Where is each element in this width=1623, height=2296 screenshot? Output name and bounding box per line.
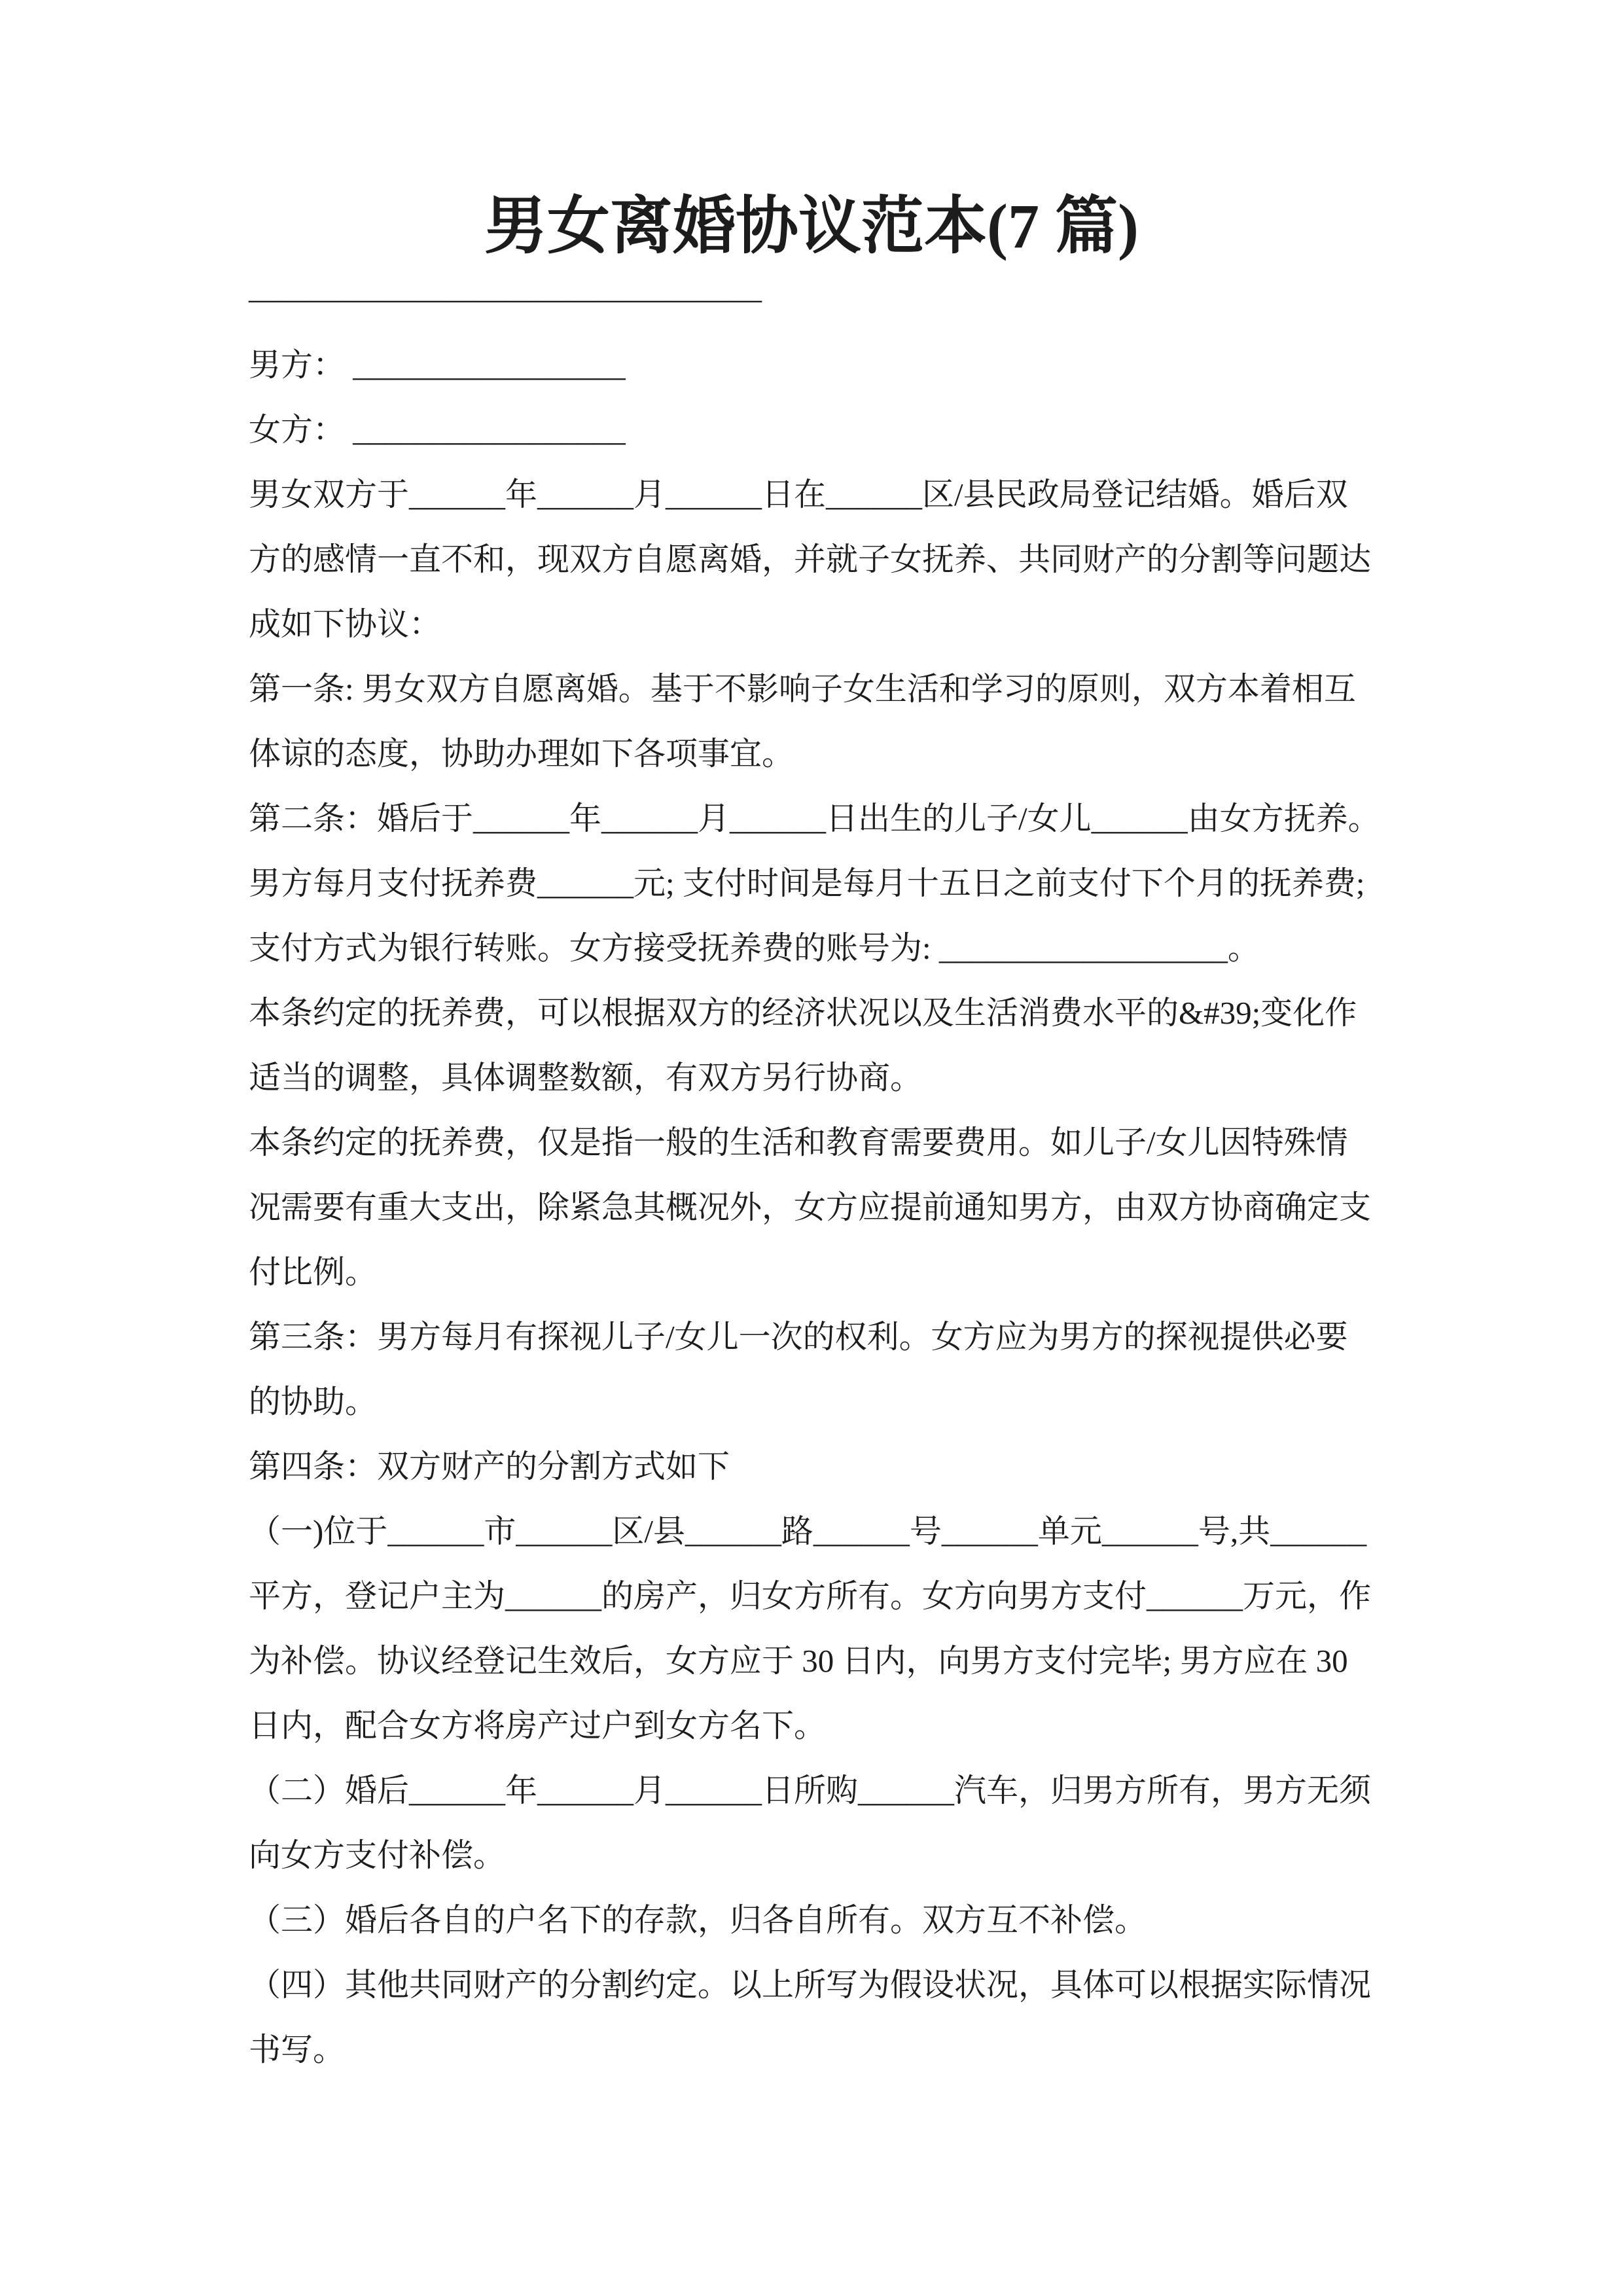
- text-line: 的协助。: [249, 1369, 1414, 1434]
- text-line: 付比例。: [249, 1240, 1414, 1304]
- divider-line: ————————————————: [249, 278, 762, 319]
- text-line: 成如下协议：: [249, 592, 1414, 656]
- text-line: 体谅的态度，协助办理如下各项事宜。: [249, 721, 1414, 786]
- text-line: 第二条：婚后于______年______月______日出生的儿子/女儿____…: [249, 786, 1414, 851]
- document-body: 男方： _________________女方： _______________…: [249, 332, 1414, 2082]
- text-line: 第四条：双方财产的分割方式如下: [249, 1434, 1414, 1499]
- text-line: 方的感情一直不和，现双方自愿离婚，并就子女抚养、共同财产的分割等问题达: [249, 527, 1414, 592]
- text-line: 男方每月支付抚养费______元; 支付时间是每月十五日之前支付下个月的抚养费;: [249, 851, 1414, 916]
- document-page: 男女离婚协议范本(7 篇) ———————————————— 男方： _____…: [0, 0, 1623, 2296]
- text-line: 本条约定的抚养费，仅是指一般的生活和教育需要费用。如儿子/女儿因特殊情: [249, 1110, 1414, 1175]
- text-line: 书写。: [249, 2017, 1414, 2082]
- text-line: 适当的调整，具体调整数额，有双方另行协商。: [249, 1045, 1414, 1110]
- text-line: 日内，配合女方将房产过户到女方名下。: [249, 1693, 1414, 1758]
- text-line: （三）婚后各自的户名下的存款，归各自所有。双方互不补偿。: [249, 1888, 1414, 1952]
- text-line: 第一条: 男女双方自愿离婚。基于不影响子女生活和学习的原则，双方本着相互: [249, 656, 1414, 721]
- text-line: （一)位于______市______区/县______路______号_____…: [249, 1499, 1414, 1564]
- text-line: 支付方式为银行转账。女方接受抚养费的账号为: _________________…: [249, 916, 1414, 980]
- text-line: 平方，登记户主为______的房产，归女方所有。女方向男方支付______万元，…: [249, 1564, 1414, 1628]
- text-line: 男方： _________________: [249, 332, 1414, 397]
- text-line: 第三条：男方每月有探视儿子/女儿一次的权利。女方应为男方的探视提供必要: [249, 1304, 1414, 1369]
- text-line: 男女双方于______年______月______日在______区/县民政局登…: [249, 462, 1414, 527]
- text-line: 向女方支付补偿。: [249, 1823, 1414, 1888]
- text-line: 本条约定的抚养费，可以根据双方的经济状况以及生活消费水平的&#39;变化作: [249, 980, 1414, 1045]
- text-line: 女方： _________________: [249, 397, 1414, 462]
- text-line: （二）婚后______年______月______日所购______汽车，归男方…: [249, 1758, 1414, 1823]
- text-line: （四）其他共同财产的分割约定。以上所写为假设状况，具体可以根据实际情况: [249, 1952, 1414, 2017]
- text-line: 况需要有重大支出，除紧急其概况外，女方应提前通知男方，由双方协商确定支: [249, 1175, 1414, 1240]
- document-title: 男女离婚协议范本(7 篇): [0, 187, 1623, 266]
- text-line: 为补偿。协议经登记生效后，女方应于 30 日内，向男方支付完毕; 男方应在 30: [249, 1628, 1414, 1693]
